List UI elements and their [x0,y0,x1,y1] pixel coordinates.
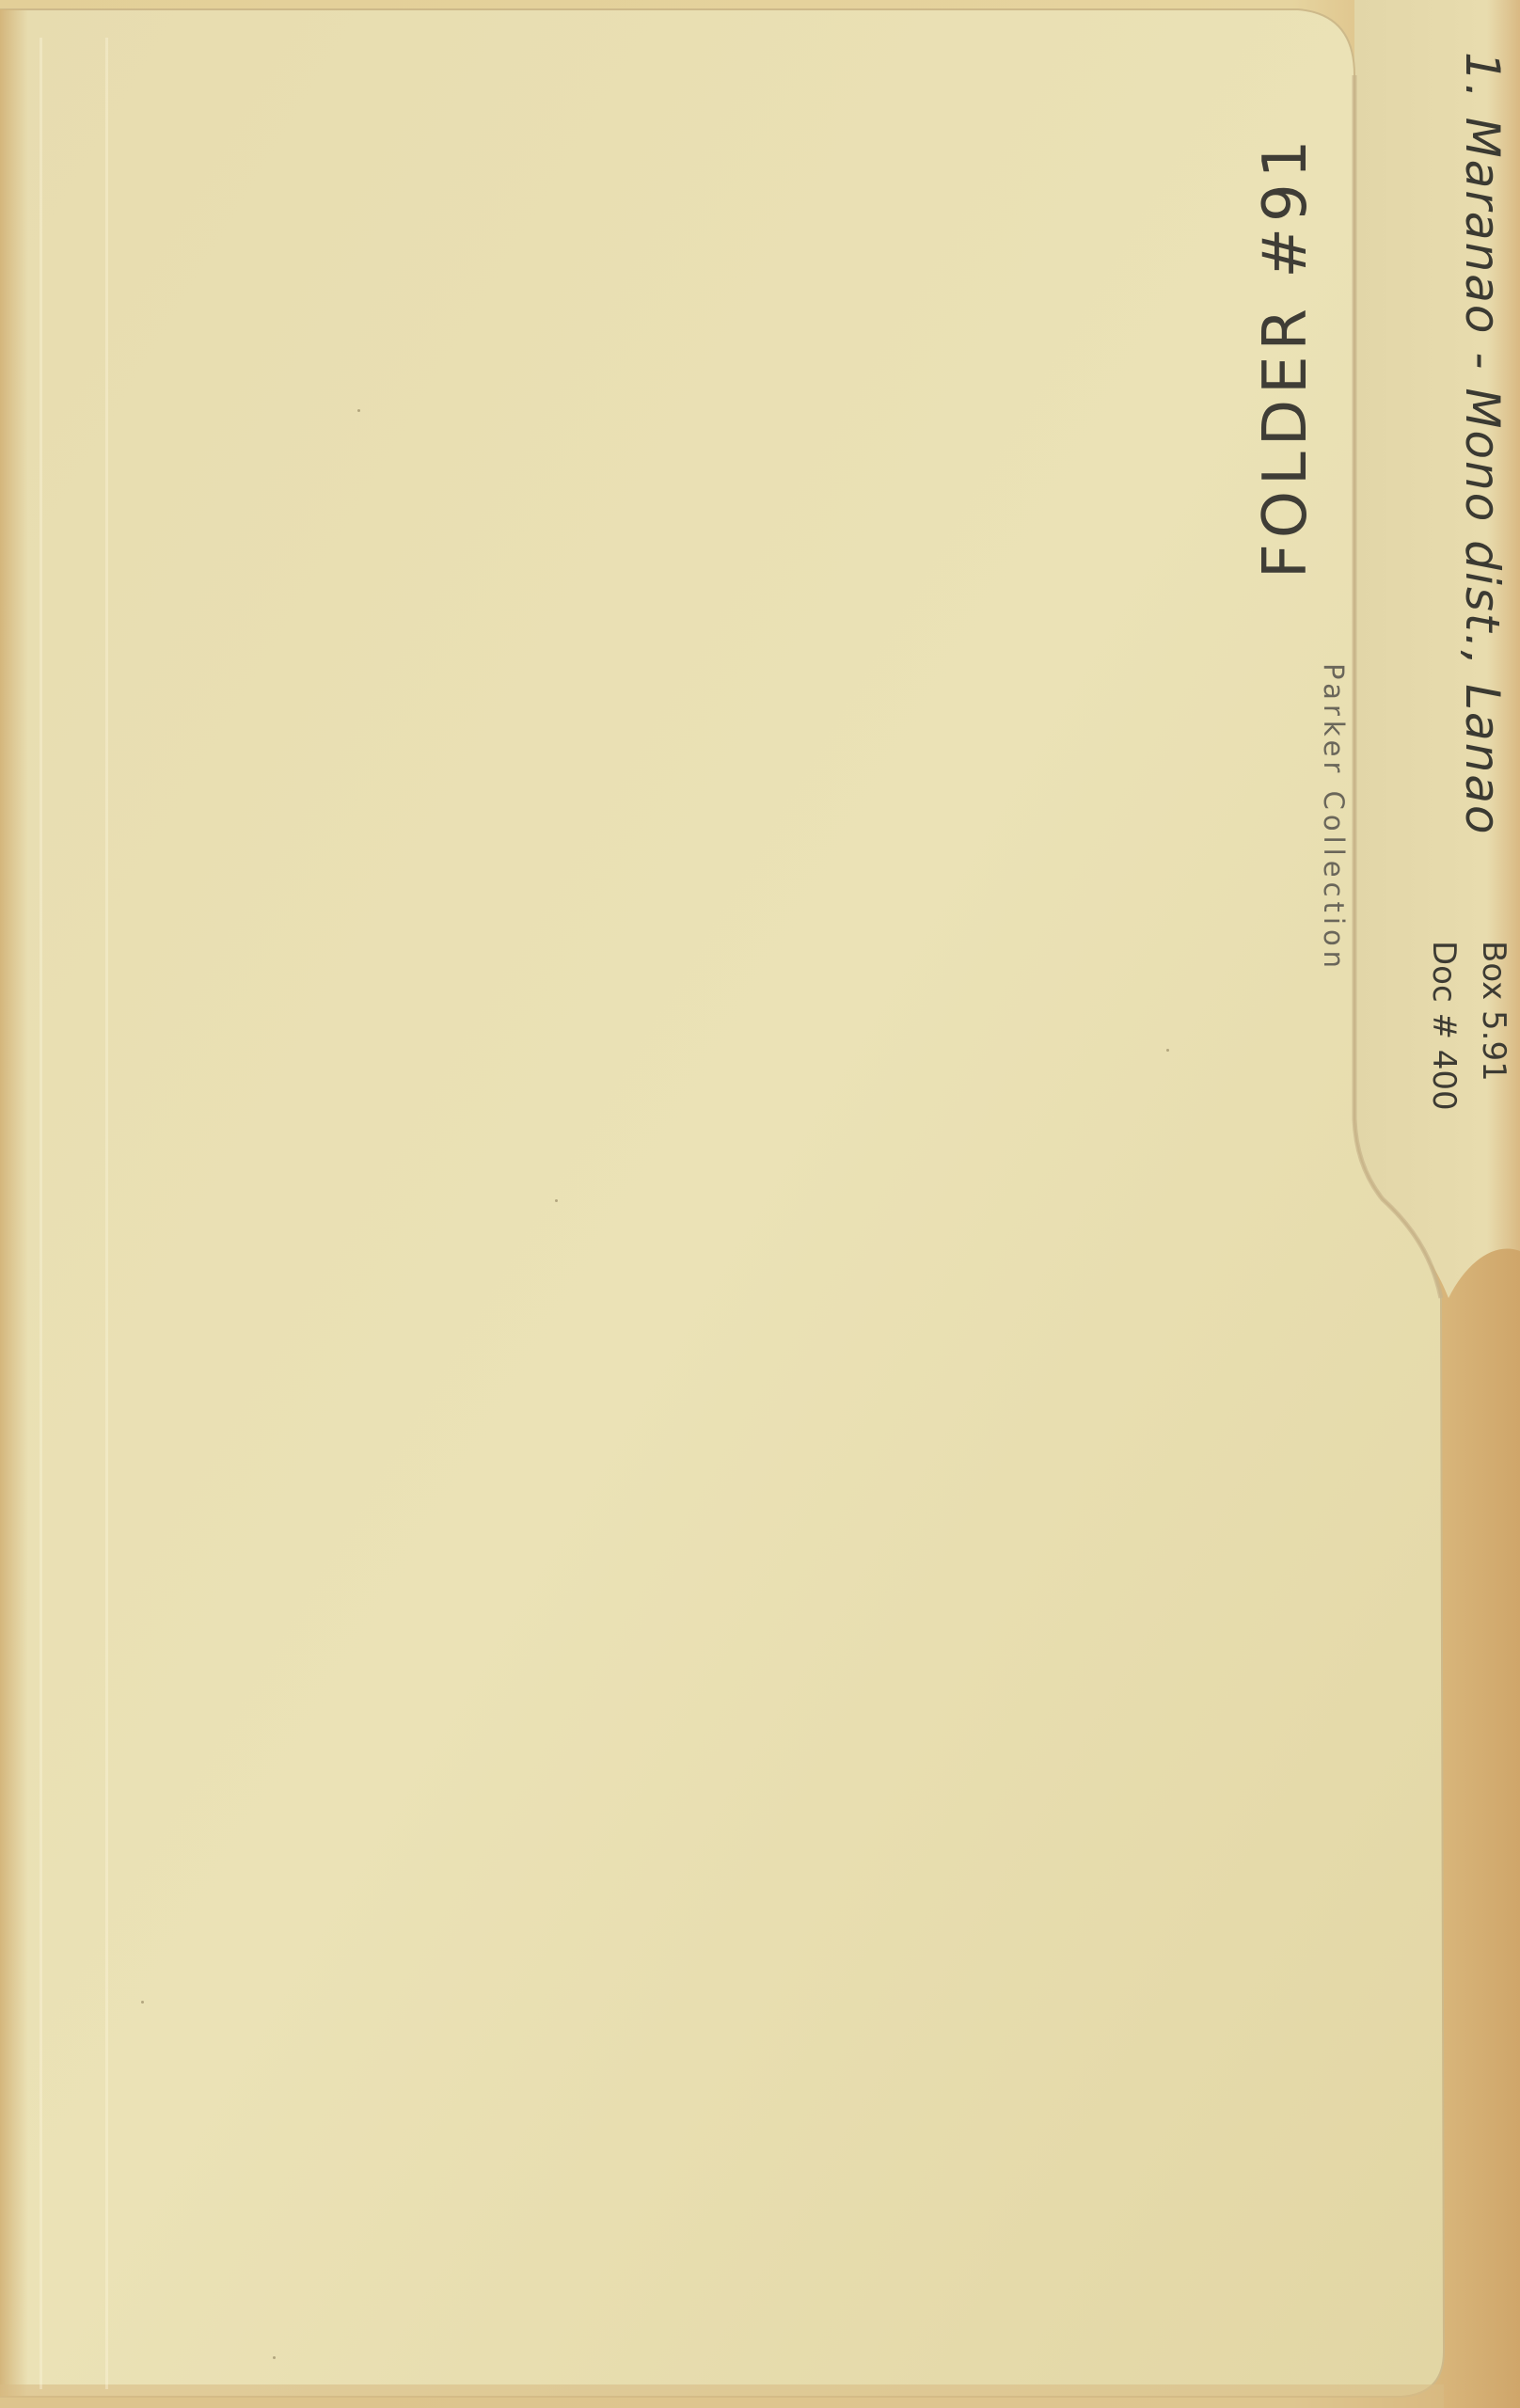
doc-number-label: Doc # 400 [1425,941,1463,1111]
collection-label: Parker Collection [1318,663,1350,973]
paper-speck [141,2001,144,2004]
paper-speck [273,2356,276,2359]
fold-score-line [105,38,108,2389]
paper-speck [1166,1049,1169,1052]
box-number-label: Box 5.91 [1475,941,1512,1082]
paper-speck [357,409,360,412]
folder-number-label: FOLDER #91 [1251,135,1321,578]
tab-title-label: 1. Maranao - Mono dist., Lanao [1455,52,1510,836]
fold-score-line [40,38,42,2389]
paper-speck [555,1199,558,1202]
